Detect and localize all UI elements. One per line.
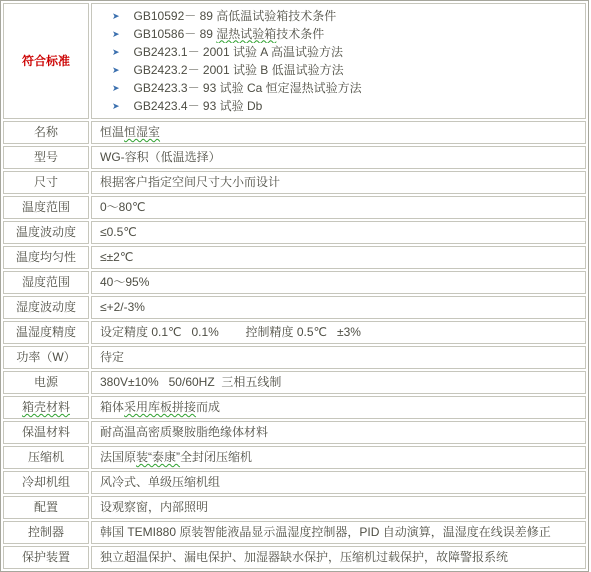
spec-value-text: 根据客户指定空间尺寸大小而设计 (100, 175, 280, 189)
spec-value-cell: 380V±10% 50/60HZ 三相五线制 (91, 371, 586, 394)
arrow-bullet-icon: ➤ (112, 79, 120, 97)
spec-value-text: 待定 (100, 350, 124, 364)
spec-value-text: 韩国 TEMI880 原装智能液晶显示温湿度控制器，PID 自动演算，温湿度在线… (100, 525, 551, 539)
spec-label-cell: 控制器 (3, 521, 89, 544)
spec-label-cell: 名称 (3, 121, 89, 144)
spec-value-text: 而成 (196, 400, 220, 414)
spec-label-cell: 温度波动度 (3, 221, 89, 244)
spec-label-text: 功率（W） (16, 350, 75, 364)
standard-list-item: ➤GB10592－ 89 高低温试验箱技术条件 (100, 7, 581, 25)
spec-label-cell: 冷却机组 (3, 471, 89, 494)
spec-label-text: 湿度波动度 (16, 300, 76, 314)
spec-value-text: 箱体 (100, 400, 124, 414)
spec-table: 符合标准➤GB10592－ 89 高低温试验箱技术条件➤GB10586－ 89 … (0, 0, 589, 572)
spec-value-cell: 韩国 TEMI880 原装智能液晶显示温湿度控制器，PID 自动演算，温湿度在线… (91, 521, 586, 544)
spec-label-cell: 温湿度精度 (3, 321, 89, 344)
standard-item-text: 技术条件 (276, 25, 324, 43)
spec-value-cell: 设观察窗，内部照明 (91, 496, 586, 519)
spec-label-text: 温度均匀性 (16, 250, 76, 264)
table-row-standards: 符合标准➤GB10592－ 89 高低温试验箱技术条件➤GB10586－ 89 … (3, 3, 586, 119)
spec-label-cell: 湿度波动度 (3, 296, 89, 319)
spec-label-text: 温度范围 (22, 200, 70, 214)
standard-item-text: GB2423.3－ 93 试验 Ca 恒定湿热试验方法 (134, 79, 362, 97)
spec-value-text: 耐高温高密质聚胺脂绝缘体材料 (100, 425, 268, 439)
spec-value-cell: WG-容积（低温选择） (91, 146, 586, 169)
standard-item-text: GB2423.2－ 2001 试验 B 低温试验方法 (134, 61, 344, 79)
standard-list-item: ➤GB2423.4－ 93 试验 Db (100, 97, 581, 115)
spec-label-text: 保护装置 (22, 550, 70, 564)
spec-value-text: ≤0.5℃ (100, 225, 137, 239)
spec-label-cell: 尺寸 (3, 171, 89, 194)
spec-value-cell: 箱体采用库板拼接而成 (91, 396, 586, 419)
spec-label-cell: 温度范围 (3, 196, 89, 219)
table-row: 温度均匀性≤±2℃ (3, 246, 586, 269)
spec-label-cell: 电源 (3, 371, 89, 394)
table-row: 电源380V±10% 50/60HZ 三相五线制 (3, 371, 586, 394)
spec-label-text: 配置 (34, 500, 58, 514)
spec-value-text: 0～80℃ (100, 200, 146, 214)
spec-value-cell: ≤±2℃ (91, 246, 586, 269)
spec-value-text: 380V±10% 50/60HZ 三相五线制 (100, 375, 281, 389)
spec-value-cell: ≤+2/-3% (91, 296, 586, 319)
spec-value-text: 全封闭压缩机 (180, 450, 252, 464)
spec-value-cell: 恒温恒湿室 (91, 121, 586, 144)
spec-value-cell: 0～80℃ (91, 196, 586, 219)
spec-value-text: ≤+2/-3% (100, 300, 145, 314)
spec-value-text: WG-容积（低温选择） (100, 150, 221, 164)
arrow-bullet-icon: ➤ (112, 97, 120, 115)
spec-value-text: 40～95% (100, 275, 149, 289)
table-row: 箱壳材料箱体采用库板拼接而成 (3, 396, 586, 419)
spec-value-text: 装“泰康” (136, 450, 180, 464)
table-row: 尺寸根据客户指定空间尺寸大小而设计 (3, 171, 586, 194)
table-row: 压缩机法国原装“泰康”全封闭压缩机 (3, 446, 586, 469)
spec-value-cell: 设定精度 0.1℃ 0.1% 控制精度 0.5℃ ±3% (91, 321, 586, 344)
spec-label-cell: 功率（W） (3, 346, 89, 369)
spec-label-text: 尺寸 (34, 175, 58, 189)
spec-label-text: 温湿度精度 (16, 325, 76, 339)
spec-value-text: 设观察窗，内部照明 (100, 500, 208, 514)
arrow-bullet-icon: ➤ (112, 25, 120, 43)
spec-label-cell: 保护装置 (3, 546, 89, 569)
spec-value-cell: 40～95% (91, 271, 586, 294)
table-row: 冷却机组风冷式、单级压缩机组 (3, 471, 586, 494)
spec-value-cell: 耐高温高密质聚胺脂绝缘体材料 (91, 421, 586, 444)
spec-value-cell: 独立超温保护、漏电保护、加湿器缺水保护，压缩机过载保护，故障警报系统 (91, 546, 586, 569)
spec-value-text: 独立超温保护、漏电保护、加湿器缺水保护，压缩机过载保护，故障警报系统 (100, 550, 508, 564)
spec-label-text: 湿度范围 (22, 275, 70, 289)
table-row: 湿度范围40～95% (3, 271, 586, 294)
spec-label-text: 冷却机组 (22, 475, 70, 489)
spec-label-cell: 箱壳材料 (3, 396, 89, 419)
table-row: 保温材料耐高温高密质聚胺脂绝缘体材料 (3, 421, 586, 444)
spec-value-text: 采用库板拼接 (124, 400, 196, 414)
spec-value-text: 风冷式、单级压缩机组 (100, 475, 220, 489)
spec-value-cell: 根据客户指定空间尺寸大小而设计 (91, 171, 586, 194)
standard-list-item: ➤GB2423.2－ 2001 试验 B 低温试验方法 (100, 61, 581, 79)
standard-list-item: ➤GB2423.1－ 2001 试验 A 高温试验方法 (100, 43, 581, 61)
spec-label-cell: 配置 (3, 496, 89, 519)
spec-value-cell: 法国原装“泰康”全封闭压缩机 (91, 446, 586, 469)
spec-label-text: 符合标准 (22, 54, 70, 68)
spec-value-text: ≤±2℃ (100, 250, 133, 264)
spec-label-text: 电源 (34, 375, 58, 389)
table-row: 功率（W）待定 (3, 346, 586, 369)
table-row: 型号WG-容积（低温选择） (3, 146, 586, 169)
standard-item-text: GB2423.4－ 93 试验 Db (134, 97, 263, 115)
arrow-bullet-icon: ➤ (112, 7, 120, 25)
spec-value-cell: ➤GB10592－ 89 高低温试验箱技术条件➤GB10586－ 89 湿热试验… (91, 3, 586, 119)
table-row: 名称恒温恒湿室 (3, 121, 586, 144)
spec-label-text: 名称 (34, 125, 58, 139)
spec-label-cell: 湿度范围 (3, 271, 89, 294)
standard-list-item: ➤GB10586－ 89 湿热试验箱技术条件 (100, 25, 581, 43)
spec-label-text: 箱壳材料 (22, 400, 70, 414)
spec-value-text: 设定精度 0.1℃ 0.1% 控制精度 0.5℃ ±3% (100, 325, 361, 339)
table-row: 控制器韩国 TEMI880 原装智能液晶显示温湿度控制器，PID 自动演算，温湿… (3, 521, 586, 544)
arrow-bullet-icon: ➤ (112, 43, 120, 61)
spec-value-cell: 风冷式、单级压缩机组 (91, 471, 586, 494)
spec-label-cell: 保温材料 (3, 421, 89, 444)
spec-label-text: 压缩机 (28, 450, 64, 464)
spec-label-cell: 温度均匀性 (3, 246, 89, 269)
standards-list: ➤GB10592－ 89 高低温试验箱技术条件➤GB10586－ 89 湿热试验… (100, 7, 581, 115)
spec-value-text: 法国原 (100, 450, 136, 464)
spec-value-text: 恒湿室 (124, 125, 160, 139)
standard-item-text: GB10592－ 89 高低温试验箱技术条件 (134, 7, 337, 25)
standard-item-text: GB2423.1－ 2001 试验 A 高温试验方法 (134, 43, 343, 61)
table-row: 温湿度精度设定精度 0.1℃ 0.1% 控制精度 0.5℃ ±3% (3, 321, 586, 344)
spec-label-text: 控制器 (28, 525, 64, 539)
table-row: 温度范围0～80℃ (3, 196, 586, 219)
spec-value-cell: ≤0.5℃ (91, 221, 586, 244)
spec-label-cell: 型号 (3, 146, 89, 169)
standard-item-text: 湿热试验箱 (216, 25, 276, 43)
table-row: 配置设观察窗，内部照明 (3, 496, 586, 519)
spec-label-cell: 符合标准 (3, 3, 89, 119)
spec-table-body: 符合标准➤GB10592－ 89 高低温试验箱技术条件➤GB10586－ 89 … (3, 3, 586, 569)
arrow-bullet-icon: ➤ (112, 61, 120, 79)
spec-label-cell: 压缩机 (3, 446, 89, 469)
table-row: 保护装置独立超温保护、漏电保护、加湿器缺水保护，压缩机过载保护，故障警报系统 (3, 546, 586, 569)
standard-list-item: ➤GB2423.3－ 93 试验 Ca 恒定湿热试验方法 (100, 79, 581, 97)
spec-label-text: 温度波动度 (16, 225, 76, 239)
spec-value-text: 恒温 (100, 125, 124, 139)
spec-label-text: 保温材料 (22, 425, 70, 439)
spec-value-cell: 待定 (91, 346, 586, 369)
spec-label-text: 型号 (34, 150, 58, 164)
table-row: 温度波动度≤0.5℃ (3, 221, 586, 244)
standard-item-text: GB10586－ 89 (134, 25, 217, 43)
table-row: 湿度波动度≤+2/-3% (3, 296, 586, 319)
